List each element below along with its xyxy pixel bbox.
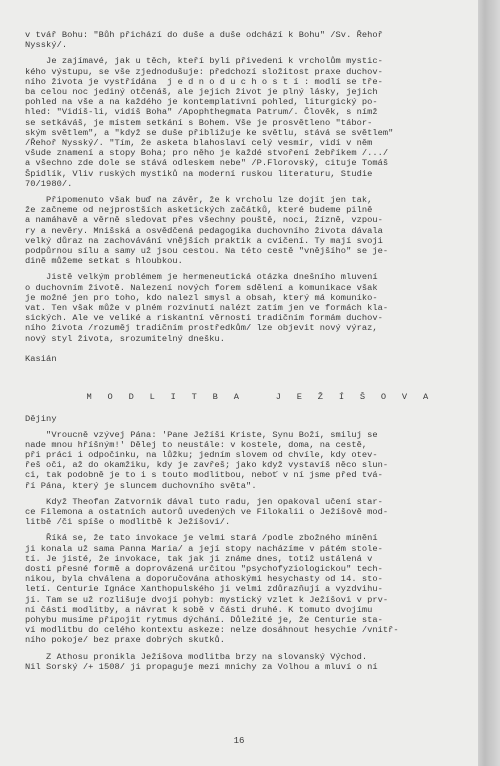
paragraph: Je zajímavé, jak u těch, kteří byli přiv…	[25, 56, 475, 189]
section-body: "Vroucně vzývej Pána: 'Pane Ježíši Krist…	[25, 430, 475, 672]
text-line: sických. Ale ve veliké a riskantní věrno…	[25, 313, 475, 323]
text-line: letí. Centurie Ignáce Xanthopulského ji …	[25, 584, 475, 594]
text-line: jí. Tam se už rozlišuje dvojí pohyb: mys…	[25, 595, 475, 605]
paragraph: Když Theofan Zatvornik dával tuto radu, …	[25, 497, 475, 528]
text-line: litbě /či spíše o modlitbě k Ježíšovi/.	[25, 517, 475, 527]
text-line: ba celou noc jediný otčenáš, ale jejich …	[25, 87, 475, 97]
text-line: ci, tak podobně je to i s touto modlitbo…	[25, 470, 475, 480]
section-subheading: Dějiny	[25, 414, 475, 424]
text-line: podpůrnou sílu a samy už jsou cestou. Na…	[25, 246, 475, 256]
text-line: velký důraz na zachovávání vnějších prak…	[25, 236, 475, 246]
paragraph: Připomenuto však buď na závěr, že k vrch…	[25, 195, 475, 266]
text-line: nikou, byla chválena a doporučována atho…	[25, 574, 475, 584]
text-line: pohybu musíme připojit rytmus dýchání. D…	[25, 615, 475, 625]
text-line: a všechno zde dole se stává odleskem neb…	[25, 158, 475, 168]
text-line: ří Pána, který je sluncem duchovního svě…	[25, 481, 475, 491]
text-line: Připomenuto však buď na závěr, že k vrch…	[25, 195, 475, 205]
text-line: o duchovním životě. Nalezení nových fore…	[25, 283, 475, 293]
text-line: vat. Ten však může v plném rozvinutí nal…	[25, 303, 475, 313]
text-line: Jistě velkým problémem je hermeneutická …	[25, 272, 475, 282]
page-edge-shadow	[478, 0, 500, 766]
text-line: /Řehoř Nysský/. "Tím, že asketa blahosla…	[25, 138, 475, 148]
text-line: 70/1980/.	[25, 179, 475, 189]
author-signature: Kasián	[25, 354, 475, 364]
page-number: 16	[0, 736, 478, 746]
text-line: kého výstupu, se vše zjednodušuje: předc…	[25, 67, 475, 77]
text-line: ního života je vystřídána j e d n o d u …	[25, 77, 475, 87]
text-line: v tvář Bohu: "Bůh přichází do duše a duš…	[25, 30, 475, 40]
text-line: se setkáváš, je místem setkání s Bohem. …	[25, 118, 475, 128]
paragraph: "Vroucně vzývej Pána: 'Pane Ježíši Krist…	[25, 430, 475, 491]
paragraph: Říká se, že tato invokace je velmi stará…	[25, 533, 475, 645]
text-line: ního života /rozuměj tradičním prostředk…	[25, 323, 475, 333]
text-line: Špidlík, Vliv ruských mystiků na moderní…	[25, 169, 475, 179]
text-line: Nil Sorský /+ 1508/ ji propaguje mezi mn…	[25, 662, 475, 672]
text-line: "Vroucně vzývej Pána: 'Pane Ježíši Krist…	[25, 430, 475, 440]
page-content: v tvář Bohu: "Bůh přichází do duše a duš…	[25, 30, 475, 678]
text-line: při práci i odpočinku, na lůžku; jedním …	[25, 450, 475, 460]
text-line: Nysský/.	[25, 40, 475, 50]
text-line: tí. Je jisté, že invokace, tak jak ji zn…	[25, 554, 475, 564]
text-line: všude znamení a stopy Boha; pro něho je …	[25, 148, 475, 158]
typewritten-page: v tvář Bohu: "Bůh přichází do duše a duš…	[0, 0, 478, 766]
text-line: dosti přesné formě a doprovázená určitou…	[25, 564, 475, 574]
text-line: Z Athosu pronikla Ježíšova modlitba brzy…	[25, 652, 475, 662]
text-line: že začneme od nejprostších asketických z…	[25, 205, 475, 215]
text-line: ským světlem", a "když se duše přibližuj…	[25, 128, 475, 138]
section-title: M O D L I T B A J E Ž Í Š O V A	[25, 392, 475, 402]
text-line: ního pokoje/ bez praxe dobrých skutků.	[25, 635, 475, 645]
text-line: Říká se, že tato invokace je velmi stará…	[25, 533, 475, 543]
text-line: řeš oči, až do okamžiku, kdy je zavřeš; …	[25, 460, 475, 470]
text-line: ry a nevěry. Mnišská a osvědčená pedagog…	[25, 226, 475, 236]
text-line: a namáhavě a věrně sledovat přes všechny…	[25, 215, 475, 225]
text-line: ce Filemona a ostatních autorů uvedených…	[25, 507, 475, 517]
text-line: dině můžeme setkat s hloubkou.	[25, 256, 475, 266]
text-line: pohled na vše a na každého je kontemplat…	[25, 97, 475, 107]
text-line: nade mnou hříšným!' Dělej to neustále: v…	[25, 440, 475, 450]
text-line: hled: "Vidíš-li, vidíš Boha" /Apophthegm…	[25, 107, 475, 117]
text-line: je možné jen pro toho, kdo nalezl smysl …	[25, 293, 475, 303]
text-line: ví modlitbu do celého kontextu askeze: n…	[25, 625, 475, 635]
text-line: Je zajímavé, jak u těch, kteří byli přiv…	[25, 56, 475, 66]
text-line: Když Theofan Zatvornik dával tuto radu, …	[25, 497, 475, 507]
intro-section: v tvář Bohu: "Bůh přichází do duše a duš…	[25, 30, 475, 344]
paragraph: Jistě velkým problémem je hermeneutická …	[25, 272, 475, 343]
text-line: ji konala už sama Panna Maria/ a její st…	[25, 544, 475, 554]
paragraph: Z Athosu pronikla Ježíšova modlitba brzy…	[25, 652, 475, 672]
paragraph: v tvář Bohu: "Bůh přichází do duše a duš…	[25, 30, 475, 50]
text-line: nový styl života, srozumitelný dnešku.	[25, 334, 475, 344]
text-line: ní části modlitby, a návrat k sobě v čás…	[25, 605, 475, 615]
